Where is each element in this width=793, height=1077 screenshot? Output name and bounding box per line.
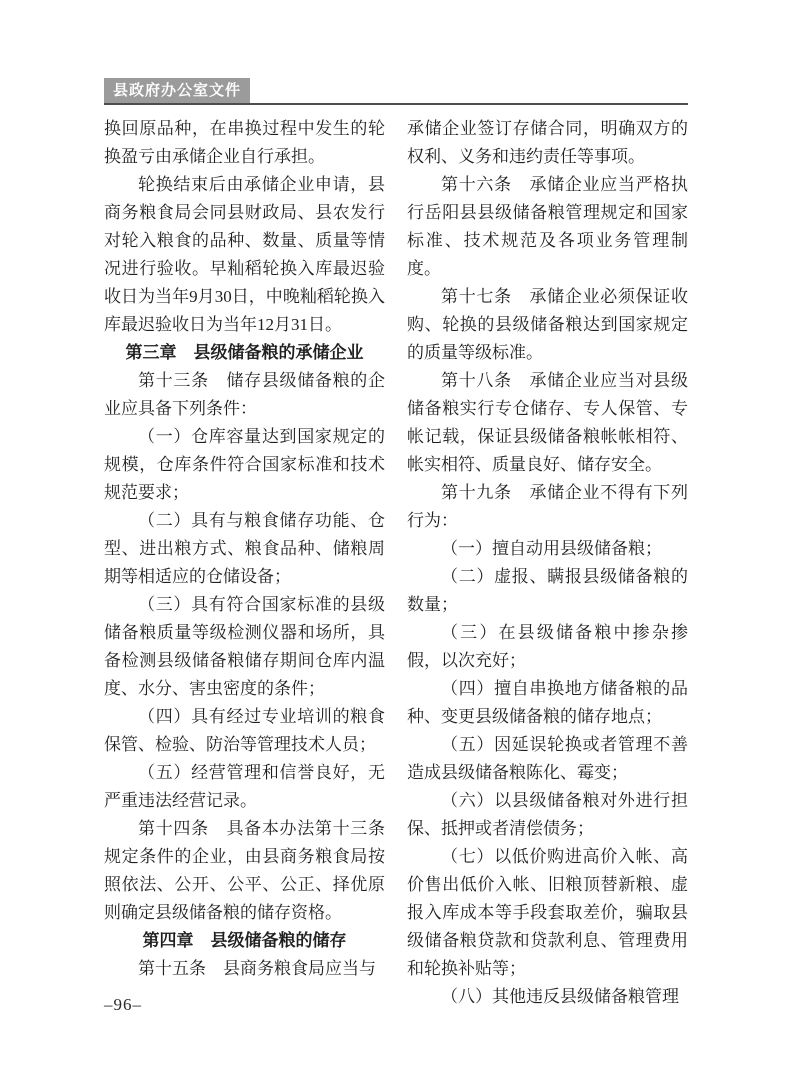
paragraph: （四）具有经过专业培训的粮食保管、检验、防治等管理技术人员； [104, 703, 385, 759]
paragraph: 第十七条 承储企业必须保证收购、轮换的县级储备粮达到国家规定的质量等级标准。 [407, 283, 688, 367]
header-badge: 县政府办公室文件 [104, 78, 250, 103]
paragraph: 第十五条 县商务粮食局应当与 [104, 955, 385, 983]
paragraph: （五）经营管理和信誉良好，无严重违法经营记录。 [104, 759, 385, 815]
paragraph: （二）具有与粮食储存功能、仓型、进出粮方式、粮食品种、储粮周期等相适应的仓储设备… [104, 507, 385, 591]
paragraph: （一）仓库容量达到国家规定的规模，仓库条件符合国家标准和技术规范要求； [104, 423, 385, 507]
paragraph: （八）其他违反县级储备粮管理 [407, 983, 688, 1011]
paragraph: 第十九条 承储企业不得有下列行为： [407, 479, 688, 535]
paragraph: 轮换结束后由承储企业申请，县商务粮食局会同县财政局、县农发行对轮入粮食的品种、数… [104, 171, 385, 339]
chapter-heading-4: 第四章 县级储备粮的储存 [104, 927, 385, 955]
text-columns: 换回原品种，在串换过程中发生的轮换盈亏由承储企业自行承担。 轮换结束后由承储企业… [104, 115, 688, 1011]
paragraph: 承储企业签订存储合同，明确双方的权利、义务和违约责任等事项。 [407, 115, 688, 171]
paragraph: 第十八条 承储企业应当对县级储备粮实行专仓储存、专人保管、专帐记载，保证县级储备… [407, 367, 688, 479]
paragraph: （七）以低价购进高价入帐、高价售出低价入帐、旧粮顶替新粮、虚报入库成本等手段套取… [407, 843, 688, 983]
paragraph: （五）因延误轮换或者管理不善造成县级储备粮陈化、霉变； [407, 731, 688, 787]
paragraph: 第十四条 具备本办法第十三条规定条件的企业，由县商务粮食局按照依法、公开、公平、… [104, 815, 385, 927]
paragraph: （一）擅自动用县级储备粮； [407, 535, 688, 563]
chapter-heading-3: 第三章 县级储备粮的承储企业 [104, 339, 385, 367]
paragraph: （四）擅自串换地方储备粮的品种、变更县级储备粮的储存地点； [407, 675, 688, 731]
paragraph: （六）以县级储备粮对外进行担保、抵押或者清偿债务； [407, 787, 688, 843]
left-column: 换回原品种，在串换过程中发生的轮换盈亏由承储企业自行承担。 轮换结束后由承储企业… [104, 115, 385, 1011]
paragraph: （二）虚报、瞒报县级储备粮的数量； [407, 563, 688, 619]
paragraph: 第十三条 储存县级储备粮的企业应具备下列条件： [104, 367, 385, 423]
header-rule [104, 103, 688, 105]
paragraph: （三）具有符合国家标准的县级储备粮质量等级检测仪器和场所，具备检测县级储备粮储存… [104, 591, 385, 703]
paragraph: （三）在县级储备粮中掺杂掺假，以次充好； [407, 619, 688, 675]
paragraph: 换回原品种，在串换过程中发生的轮换盈亏由承储企业自行承担。 [104, 115, 385, 171]
paragraph: 第十六条 承储企业应当严格执行岳阳县县级储备粮管理规定和国家标准、技术规范及各项… [407, 171, 688, 283]
right-column: 承储企业签订存储合同，明确双方的权利、义务和违约责任等事项。 第十六条 承储企业… [407, 115, 688, 1011]
page-number: –96– [104, 994, 142, 1016]
